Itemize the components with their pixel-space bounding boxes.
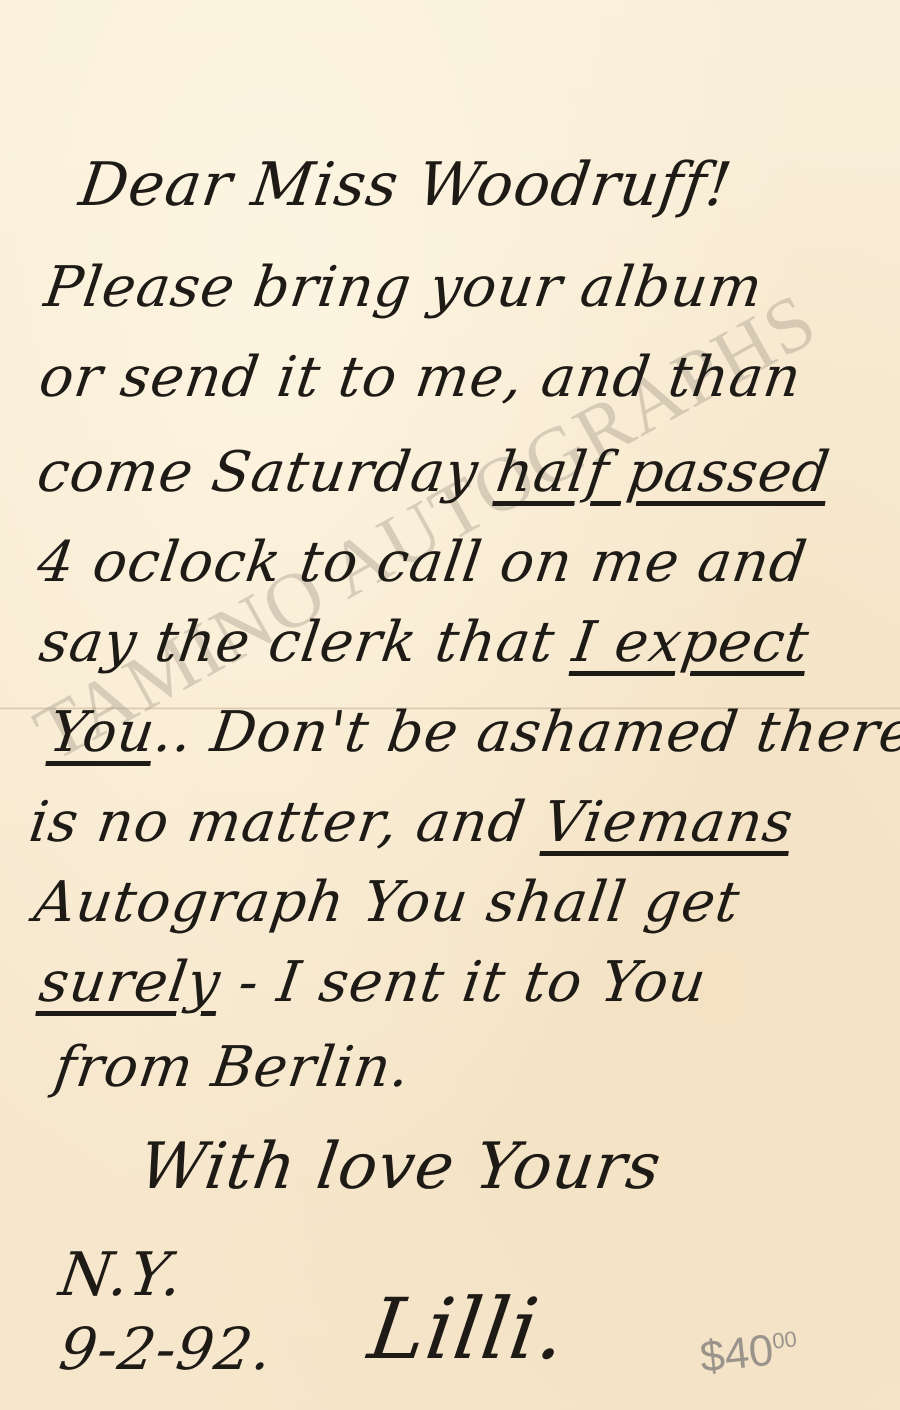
letter-line-1: Please bring your album	[40, 255, 766, 320]
letter-line-5: say the clerk that I expect	[35, 610, 813, 675]
line-text: .. Don't be ashamed there	[150, 700, 900, 765]
date: 9-2-92.	[55, 1315, 277, 1383]
price-value: $40	[698, 1326, 776, 1382]
letter-line-4: 4 oclock to call on me and	[33, 530, 811, 595]
underlined-text: half passed	[492, 440, 834, 505]
letter-line-3: come Saturday half passed	[33, 440, 834, 505]
underlined-text: I expect	[569, 610, 814, 675]
line-text: come Saturday	[33, 440, 482, 505]
line-text: say the clerk that	[35, 610, 559, 675]
closing: With love Yours	[135, 1130, 666, 1204]
line-text: - I sent it to You	[235, 950, 711, 1015]
salutation: Dear Miss Woodruff!	[75, 150, 736, 220]
underlined-text: surely	[35, 950, 224, 1015]
letter-page: TAMINO AUTOGRAPHS Dear Miss Woodruff! Pl…	[0, 0, 900, 1410]
underlined-text: Viemans	[539, 790, 797, 855]
signature: Lilli.	[363, 1280, 573, 1378]
letter-line-8: Autograph You shall get	[30, 870, 744, 935]
letter-line-6: You.. Don't be ashamed there	[45, 700, 900, 765]
letter-line-10: from Berlin.	[50, 1035, 414, 1100]
place: N.Y.	[55, 1240, 188, 1310]
price-cents: 00	[771, 1326, 798, 1353]
underlined-text: You	[45, 700, 159, 765]
pencil-price-note: $4000	[698, 1323, 801, 1383]
letter-line-7: is no matter, and Viemans	[25, 790, 797, 855]
letter-line-9: surely - I sent it to You	[35, 950, 710, 1015]
line-text: is no matter, and	[25, 790, 529, 855]
letter-line-2: or send it to me, and than	[35, 345, 805, 410]
